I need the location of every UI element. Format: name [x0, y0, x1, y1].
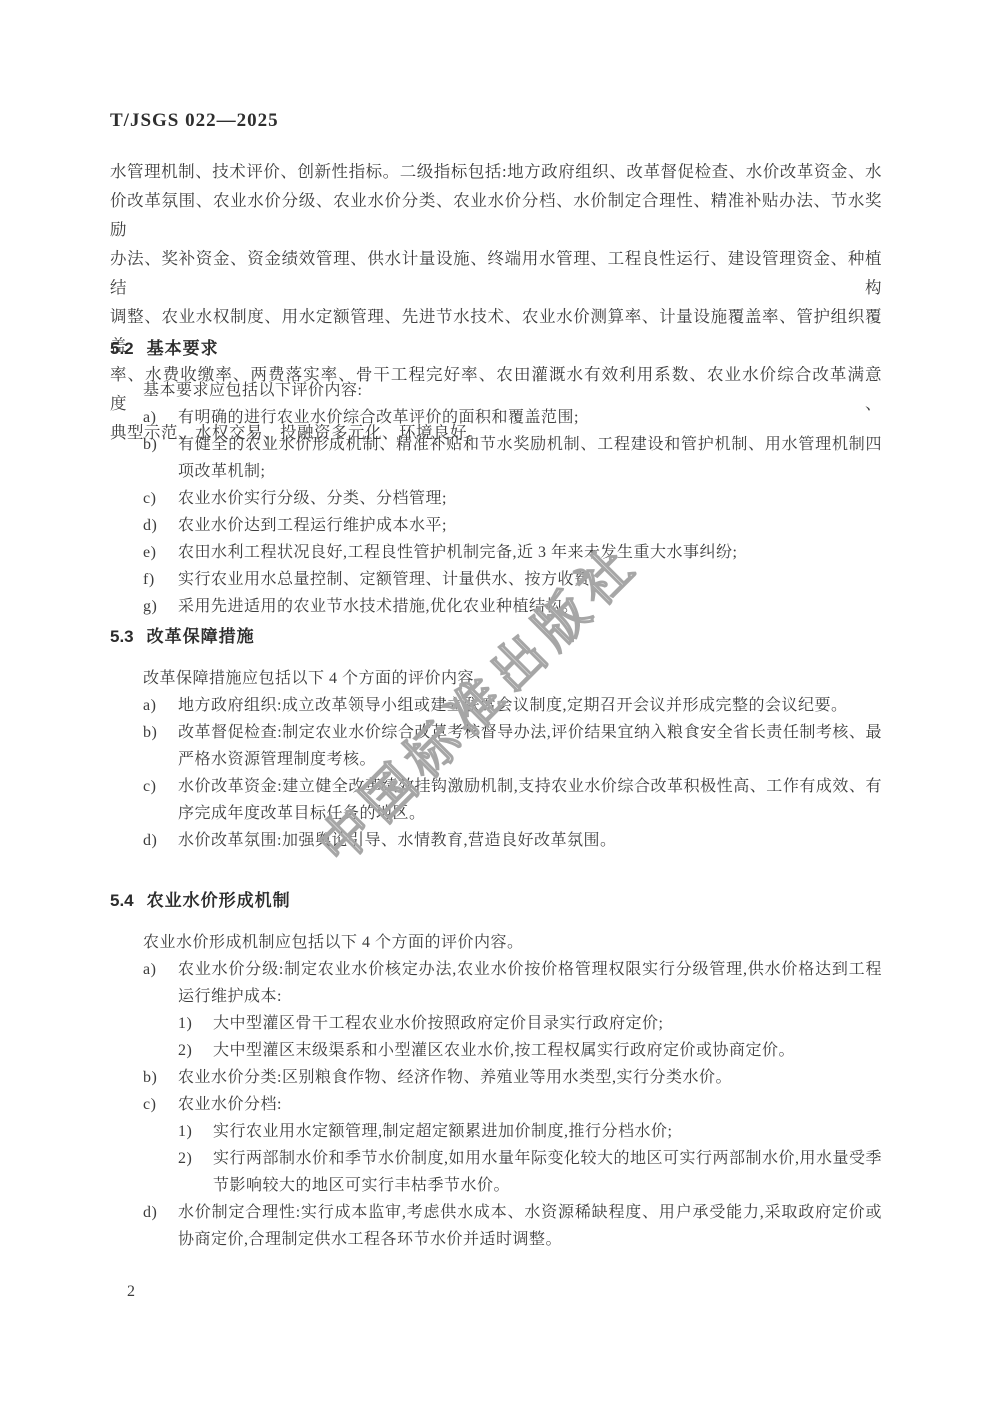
item-text: 改革督促检查:制定农业水价综合改革考核督导办法,评价结果宜纳入粮食安全省长责任制… — [178, 719, 882, 773]
list-item: b) 改革督促检查:制定农业水价综合改革考核督导办法,评价结果宜纳入粮食安全省长… — [110, 719, 882, 773]
item-label: c) — [143, 1091, 178, 1199]
paragraph-line: 办法、奖补资金、资金绩效管理、供水计量设施、终端用水管理、工程良性运行、建设管理… — [110, 244, 882, 302]
item-text: 农业水价达到工程运行维护成本水平; — [178, 512, 882, 539]
item-text: 农业水价实行分级、分类、分档管理; — [178, 485, 882, 512]
section-title: 农业水价形成机制 — [147, 890, 291, 912]
item-list: a) 有明确的进行农业水价综合改革评价的面积和覆盖范围; b) 有健全的农业水价… — [110, 404, 882, 620]
list-item: g) 采用先进适用的农业节水技术措施,优化农业种植结构。 — [110, 593, 882, 620]
section-heading: 5.4 农业水价形成机制 — [110, 890, 882, 912]
list-item: c) 农业水价分档: 1) 实行农业用水定额管理,制定超定额累进加价制度,推行分… — [110, 1091, 882, 1199]
section-title: 基本要求 — [147, 338, 219, 360]
item-text: 农业水价分类:区别粮食作物、经济作物、养殖业等用水类型,实行分类水价。 — [178, 1064, 882, 1091]
item-label: b) — [143, 719, 178, 773]
sub-list-item: 2) 实行两部制水价和季节水价制度,如用水量年际变化较大的地区可实行两部制水价,… — [178, 1145, 882, 1199]
item-label: a) — [143, 692, 178, 719]
doc-code: T/JSGS 022—2025 — [110, 110, 279, 132]
item-text: 水价改革资金:建立健全改革绩效挂钩激励机制,支持农业水价综合改革积极性高、工作有… — [178, 773, 882, 827]
item-label: g) — [143, 593, 178, 620]
item-text: 采用先进适用的农业节水技术措施,优化农业种植结构。 — [178, 593, 882, 620]
item-text: 有健全的农业水价形成机制、精准补贴和节水奖励机制、工程建设和管护机制、用水管理机… — [178, 431, 882, 485]
section-heading: 5.2 基本要求 — [110, 338, 882, 360]
sub-list-item: 1) 实行农业用水定额管理,制定超定额累进加价制度,推行分档水价; — [178, 1118, 882, 1145]
section-number: 5.4 — [110, 890, 134, 912]
item-label: c) — [143, 773, 178, 827]
item-label: d) — [143, 512, 178, 539]
document-page: T/JSGS 022—2025 水管理机制、技术评价、创新性指标。二级指标包括:… — [0, 0, 992, 1403]
subitem-label: 1) — [178, 1010, 213, 1037]
section-number: 5.2 — [110, 338, 134, 360]
section-intro: 农业水价形成机制应包括以下 4 个方面的评价内容。 — [143, 929, 882, 956]
subitem-label: 2) — [178, 1037, 213, 1064]
item-label: b) — [143, 1064, 178, 1091]
list-item: a) 农业水价分级:制定农业水价核定办法,农业水价按价格管理权限实行分级管理,供… — [110, 956, 882, 1064]
list-item: a) 地方政府组织:成立改革领导小组或建立联席会议制度,定期召开会议并形成完整的… — [110, 692, 882, 719]
item-list: a) 农业水价分级:制定农业水价核定办法,农业水价按价格管理权限实行分级管理,供… — [110, 956, 882, 1253]
list-item: b) 有健全的农业水价形成机制、精准补贴和节水奖励机制、工程建设和管护机制、用水… — [110, 431, 882, 485]
item-label: a) — [143, 956, 178, 1064]
section-5-3: 5.3 改革保障措施 改革保障措施应包括以下 4 个方面的评价内容。 a) 地方… — [110, 626, 882, 854]
subitem-label: 2) — [178, 1145, 213, 1199]
section-intro: 改革保障措施应包括以下 4 个方面的评价内容。 — [143, 665, 882, 692]
list-item: b) 农业水价分类:区别粮食作物、经济作物、养殖业等用水类型,实行分类水价。 — [110, 1064, 882, 1091]
list-item: e) 农田水利工程状况良好,工程良性管护机制完备,近 3 年来未发生重大水事纠纷… — [110, 539, 882, 566]
section-intro: 基本要求应包括以下评价内容: — [143, 377, 882, 404]
subitem-text: 实行两部制水价和季节水价制度,如用水量年际变化较大的地区可实行两部制水价,用水量… — [213, 1145, 882, 1199]
sub-list-item: 2) 大中型灌区末级渠系和小型灌区农业水价,按工程权属实行政府定价或协商定价。 — [178, 1037, 882, 1064]
section-5-2: 5.2 基本要求 基本要求应包括以下评价内容: a) 有明确的进行农业水价综合改… — [110, 338, 882, 620]
item-text: 实行农业用水总量控制、定额管理、计量供水、按方收费; — [178, 566, 882, 593]
item-text: 农业水价分级:制定农业水价核定办法,农业水价按价格管理权限实行分级管理,供水价格… — [178, 956, 882, 1010]
item-label: e) — [143, 539, 178, 566]
list-item: d) 水价制定合理性:实行成本监审,考虑供水成本、水资源稀缺程度、用户承受能力,… — [110, 1199, 882, 1253]
subitem-text: 实行农业用水定额管理,制定超定额累进加价制度,推行分档水价; — [213, 1118, 882, 1145]
subitem-label: 1) — [178, 1118, 213, 1145]
sub-list-item: 1) 大中型灌区骨干工程农业水价按照政府定价目录实行政府定价; — [178, 1010, 882, 1037]
item-label: f) — [143, 566, 178, 593]
list-item: c) 农业水价实行分级、分类、分档管理; — [110, 485, 882, 512]
list-item: d) 水价改革氛围:加强舆论引导、水情教育,营造良好改革氛围。 — [110, 827, 882, 854]
paragraph-line: 价改革氛围、农业水价分级、农业水价分类、农业水价分档、水价制定合理性、精准补贴办… — [110, 186, 882, 244]
list-item: c) 水价改革资金:建立健全改革绩效挂钩激励机制,支持农业水价综合改革积极性高、… — [110, 773, 882, 827]
item-text: 水价制定合理性:实行成本监审,考虑供水成本、水资源稀缺程度、用户承受能力,采取政… — [178, 1199, 882, 1253]
item-list: a) 地方政府组织:成立改革领导小组或建立联席会议制度,定期召开会议并形成完整的… — [110, 692, 882, 854]
page-number: 2 — [127, 1283, 135, 1301]
section-heading: 5.3 改革保障措施 — [110, 626, 882, 648]
list-item: a) 有明确的进行农业水价综合改革评价的面积和覆盖范围; — [110, 404, 882, 431]
item-text: 农田水利工程状况良好,工程良性管护机制完备,近 3 年来未发生重大水事纠纷; — [178, 539, 882, 566]
item-label: b) — [143, 431, 178, 485]
item-label: d) — [143, 827, 178, 854]
list-item: d) 农业水价达到工程运行维护成本水平; — [110, 512, 882, 539]
item-label: c) — [143, 485, 178, 512]
item-text: 水价改革氛围:加强舆论引导、水情教育,营造良好改革氛围。 — [178, 827, 882, 854]
paragraph-line: 水管理机制、技术评价、创新性指标。二级指标包括:地方政府组织、改革督促检查、水价… — [110, 157, 882, 186]
subitem-text: 大中型灌区骨干工程农业水价按照政府定价目录实行政府定价; — [213, 1010, 882, 1037]
section-number: 5.3 — [110, 626, 134, 648]
subitem-text: 大中型灌区末级渠系和小型灌区农业水价,按工程权属实行政府定价或协商定价。 — [213, 1037, 882, 1064]
list-item: f) 实行农业用水总量控制、定额管理、计量供水、按方收费; — [110, 566, 882, 593]
section-title: 改革保障措施 — [147, 626, 255, 648]
item-text: 有明确的进行农业水价综合改革评价的面积和覆盖范围; — [178, 404, 882, 431]
item-label: a) — [143, 404, 178, 431]
item-label: d) — [143, 1199, 178, 1253]
section-5-4: 5.4 农业水价形成机制 农业水价形成机制应包括以下 4 个方面的评价内容。 a… — [110, 890, 882, 1253]
item-text: 农业水价分档: — [178, 1091, 882, 1118]
item-text: 地方政府组织:成立改革领导小组或建立联席会议制度,定期召开会议并形成完整的会议纪… — [178, 692, 882, 719]
